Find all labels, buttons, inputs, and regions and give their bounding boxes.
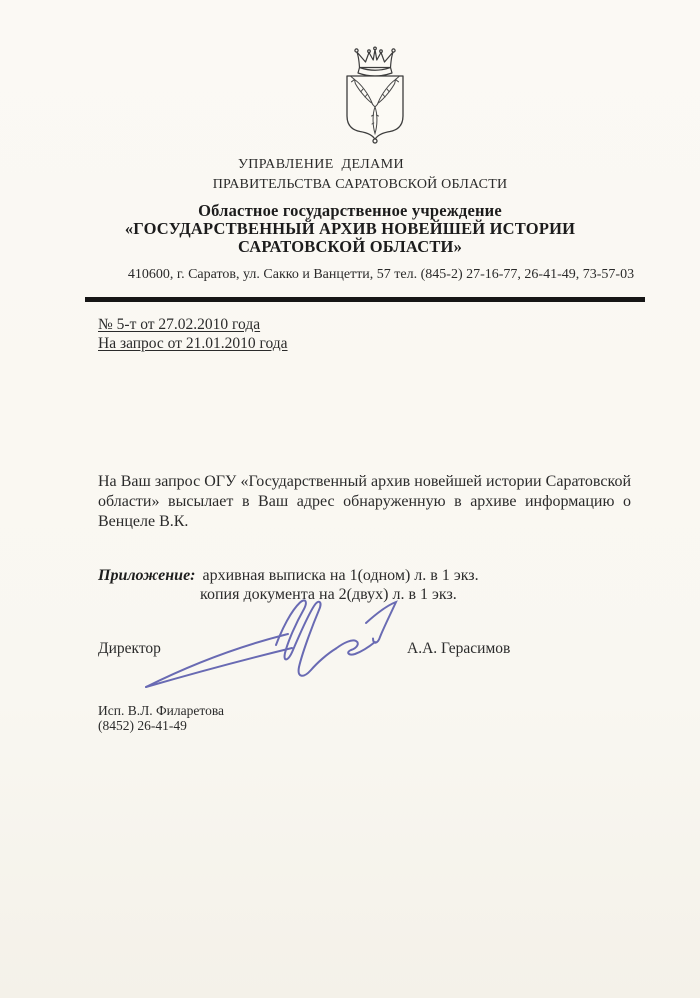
crown-icon xyxy=(355,47,395,76)
department-name-line1: УПРАВЛЕНИЕ ДЕЛАМИ xyxy=(0,157,642,173)
attachment-label: Приложение: xyxy=(98,567,196,584)
scanned-letter-page: УПРАВЛЕНИЕ ДЕЛАМИ ПРАВИТЕЛЬСТВА САРАТОВС… xyxy=(0,0,700,998)
institution-name-line1: Областное государственное учреждение xyxy=(0,201,700,221)
attachment-item-1: архивная выписка на 1(одном) л. в 1 экз. xyxy=(203,567,479,584)
letter-body-paragraph: На Ваш запрос ОГУ «Государственный архив… xyxy=(98,472,631,532)
handwritten-signature xyxy=(136,596,408,694)
attachment-line-1: Приложение:архивная выписка на 1(одном) … xyxy=(98,566,578,585)
institution-name-line3: САРАТОВСКОЙ ОБЛАСТИ» xyxy=(0,237,700,257)
executor-block: Исп. В.Л. Филаретова (8452) 26-41-49 xyxy=(98,703,224,733)
letterhead-divider-rule xyxy=(85,297,645,302)
address-phone-line: 410600, г. Саратов, ул. Сакко и Ванцетти… xyxy=(62,267,700,283)
outgoing-number-line: № 5-т от 27.02.2010 года xyxy=(98,316,288,335)
executor-name-line: Исп. В.Л. Филаретова xyxy=(98,703,224,718)
executor-phone-line: (8452) 26-41-49 xyxy=(98,718,224,733)
body-line-2: области» высылает в Ваш адрес обнаруженн… xyxy=(98,492,631,512)
department-name-line2: ПРАВИТЕЛЬСТВА САРАТОВСКОЙ ОБЛАСТИ xyxy=(20,177,700,193)
incoming-request-line: На запрос от 21.01.2010 года xyxy=(98,335,288,354)
body-line-1: На Ваш запрос ОГУ «Государственный архив… xyxy=(98,472,631,492)
signer-name: А.А. Герасимов xyxy=(407,640,510,658)
reference-block: № 5-т от 27.02.2010 года На запрос от 21… xyxy=(98,316,288,353)
institution-name-line2: «ГОСУДАРСТВЕННЫЙ АРХИВ НОВЕЙШЕЙ ИСТОРИИ xyxy=(0,219,700,239)
coat-of-arms-emblem xyxy=(325,46,425,146)
body-line-3: Венцеле В.К. xyxy=(98,512,631,532)
